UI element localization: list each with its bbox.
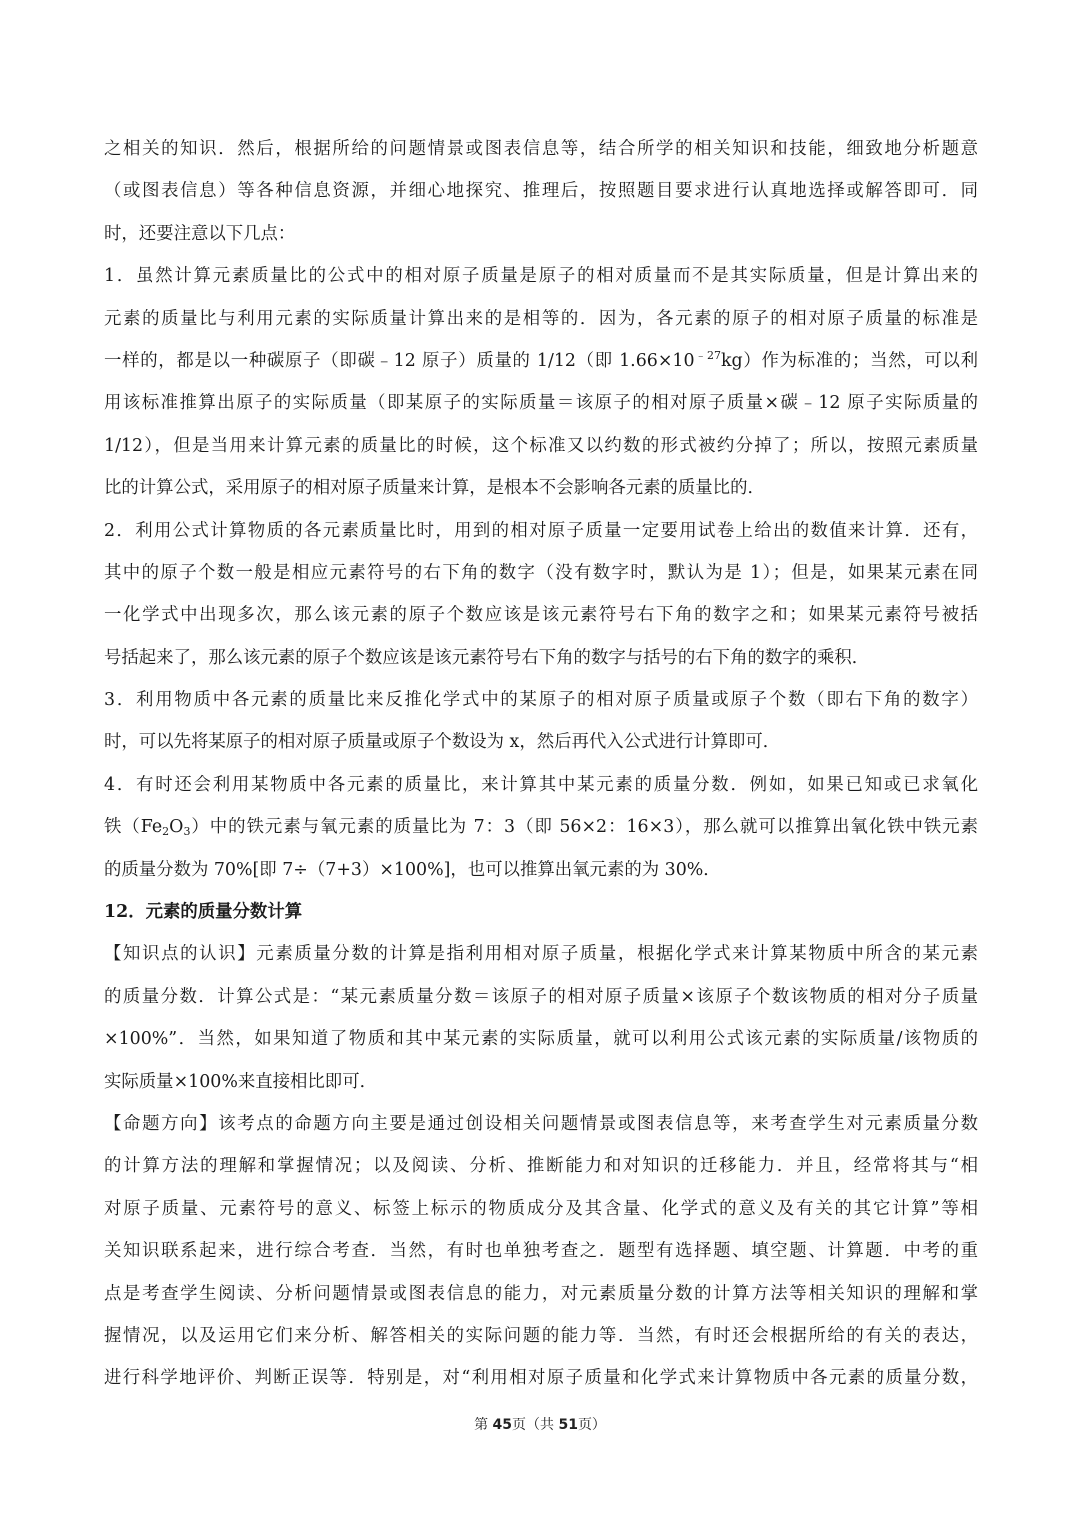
text-line-with-exponent: 一样的，都是以一种碳原子（即碳﹣12 原子）质量的 1/12（即 1.66×10…	[104, 340, 978, 382]
text-line: 【命题方向】该考点的命题方向主要是通过创设相关问题情景或图表信息等，来考查学生对…	[104, 1103, 978, 1145]
text-segment: kg）作为标准的；当然，可以利	[721, 351, 978, 371]
text-line: 对原子质量、元素符号的意义、标签上标示的物质成分及其含量、化学式的意义及有关的其…	[104, 1188, 978, 1230]
point-4-paragraph: 4．有时还会利用某物质中各元素的质量比，来计算其中某元素的质量分数．例如，如果已…	[104, 764, 978, 891]
point-2-paragraph: 2．利用公式计算物质的各元素质量比时，用到的相对原子质量一定要用试卷上给出的数值…	[104, 510, 978, 680]
text-segment: 铁（Fe	[104, 817, 162, 837]
text-line: 点是考查学生阅读、分析问题情景或图表信息的能力，对元素质量分数的计算方法等相关知…	[104, 1273, 978, 1315]
text-line: 元素的质量比与利用元素的实际质量计算出来的是相等的．因为，各元素的原子的相对原子…	[104, 298, 978, 340]
text-line: 实际质量×100%来直接相比即可．	[104, 1061, 978, 1103]
text-line: 握情况，以及运用它们来分析、解答相关的实际问题的能力等．当然，有时还会根据所给的…	[104, 1315, 978, 1357]
text-line: 【知识点的认识】元素质量分数的计算是指利用相对原子质量，根据化学式来计算某物质中…	[104, 933, 978, 975]
point-3-paragraph: 3．利用物质中各元素的质量比来反推化学式中的某原子的相对原子质量或原子个数（即右…	[104, 679, 978, 764]
text-line: 号括起来了，那么该元素的原子个数应该是该元素符号右下角的数字与括号的右下角的数字…	[104, 637, 978, 679]
text-line: 2．利用公式计算物质的各元素质量比时，用到的相对原子质量一定要用试卷上给出的数值…	[104, 510, 978, 552]
document-page: 之相关的知识．然后，根据所给的问题情景或图表信息等，结合所学的相关知识和技能，细…	[104, 128, 978, 1400]
text-line: ×100%”．当然，如果知道了物质和其中某元素的实际质量，就可以利用公式该元素的…	[104, 1018, 978, 1060]
text-line: 用该标准推算出原子的实际质量（即某原子的实际质量＝该原子的相对原子质量×碳﹣12…	[104, 382, 978, 424]
exponent-superscript: ﹣27	[695, 349, 721, 362]
text-line: 的质量分数为 70%[即 7÷（7+3）×100%]，也可以推算出氧元素的为 3…	[104, 849, 978, 891]
text-segment: ）中的铁元素与氧元素的质量比为 7：3（即 56×2：16×3），那么就可以推算…	[190, 817, 978, 837]
footer-prefix: 第	[474, 1417, 492, 1433]
text-line: 的计算方法的理解和掌握情况；以及阅读、分析、推断能力和对知识的迁移能力．并且，经…	[104, 1145, 978, 1187]
current-page-number: 45	[493, 1417, 512, 1433]
text-line: 之相关的知识．然后，根据所给的问题情景或图表信息等，结合所学的相关知识和技能，细…	[104, 128, 978, 170]
text-line: 的质量分数．计算公式是：“某元素质量分数＝该原子的相对原子质量×该原子个数该物质…	[104, 976, 978, 1018]
intro-paragraph: 之相关的知识．然后，根据所给的问题情景或图表信息等，结合所学的相关知识和技能，细…	[104, 128, 978, 255]
text-line: 比的计算公式，采用原子的相对原子质量来计算，是根本不会影响各元素的质量比的．	[104, 467, 978, 509]
text-line: 4．有时还会利用某物质中各元素的质量比，来计算其中某元素的质量分数．例如，如果已…	[104, 764, 978, 806]
text-line: 1/12），但是当用来计算元素的质量比的时候，这个标准又以约数的形式被约分掉了；…	[104, 425, 978, 467]
text-line: （或图表信息）等各种信息资源，并细心地探究、推理后，按照题目要求进行认真地选择或…	[104, 170, 978, 212]
total-pages-number: 51	[558, 1417, 577, 1433]
footer-suffix: 页）	[578, 1417, 606, 1433]
knowledge-paragraph: 【知识点的认识】元素质量分数的计算是指利用相对原子质量，根据化学式来计算某物质中…	[104, 933, 978, 1103]
text-line: 3．利用物质中各元素的质量比来反推化学式中的某原子的相对原子质量或原子个数（即右…	[104, 679, 978, 721]
text-line: 一化学式中出现多次，那么该元素的原子个数应该是该元素符号右下角的数字之和；如果某…	[104, 594, 978, 636]
page-footer: 第 45页（共 51页）	[0, 1414, 1080, 1434]
text-segment: O	[169, 817, 183, 837]
text-line: 关知识联系起来，进行综合考查．当然，有时也单独考查之．题型有选择题、填空题、计算…	[104, 1230, 978, 1272]
text-line: 时，还要注意以下几点：	[104, 213, 978, 255]
text-line: 其中的原子个数一般是相应元素符号的右下角的数字（没有数字时，默认为是 1）；但是…	[104, 552, 978, 594]
text-line: 1．虽然计算元素质量比的公式中的相对原子质量是原子的相对质量而不是其实际质量，但…	[104, 255, 978, 297]
footer-middle: 页（共	[512, 1417, 558, 1433]
point-1-paragraph: 1．虽然计算元素质量比的公式中的相对原子质量是原子的相对质量而不是其实际质量，但…	[104, 255, 978, 509]
direction-paragraph: 【命题方向】该考点的命题方向主要是通过创设相关问题情景或图表信息等，来考查学生对…	[104, 1103, 978, 1400]
text-segment: 一样的，都是以一种碳原子（即碳﹣12 原子）质量的 1/12（即 1.66×10	[104, 351, 695, 371]
text-line-with-formula: 铁（Fe2O3）中的铁元素与氧元素的质量比为 7：3（即 56×2：16×3），…	[104, 806, 978, 848]
text-line: 进行科学地评价、判断正误等．特别是，对“利用相对原子质量和化学式来计算物质中各元…	[104, 1357, 978, 1399]
text-line: 时，可以先将某原子的相对原子质量或原子个数设为 x，然后再代入公式进行计算即可．	[104, 721, 978, 763]
section-heading: 12．元素的质量分数计算	[104, 891, 978, 933]
